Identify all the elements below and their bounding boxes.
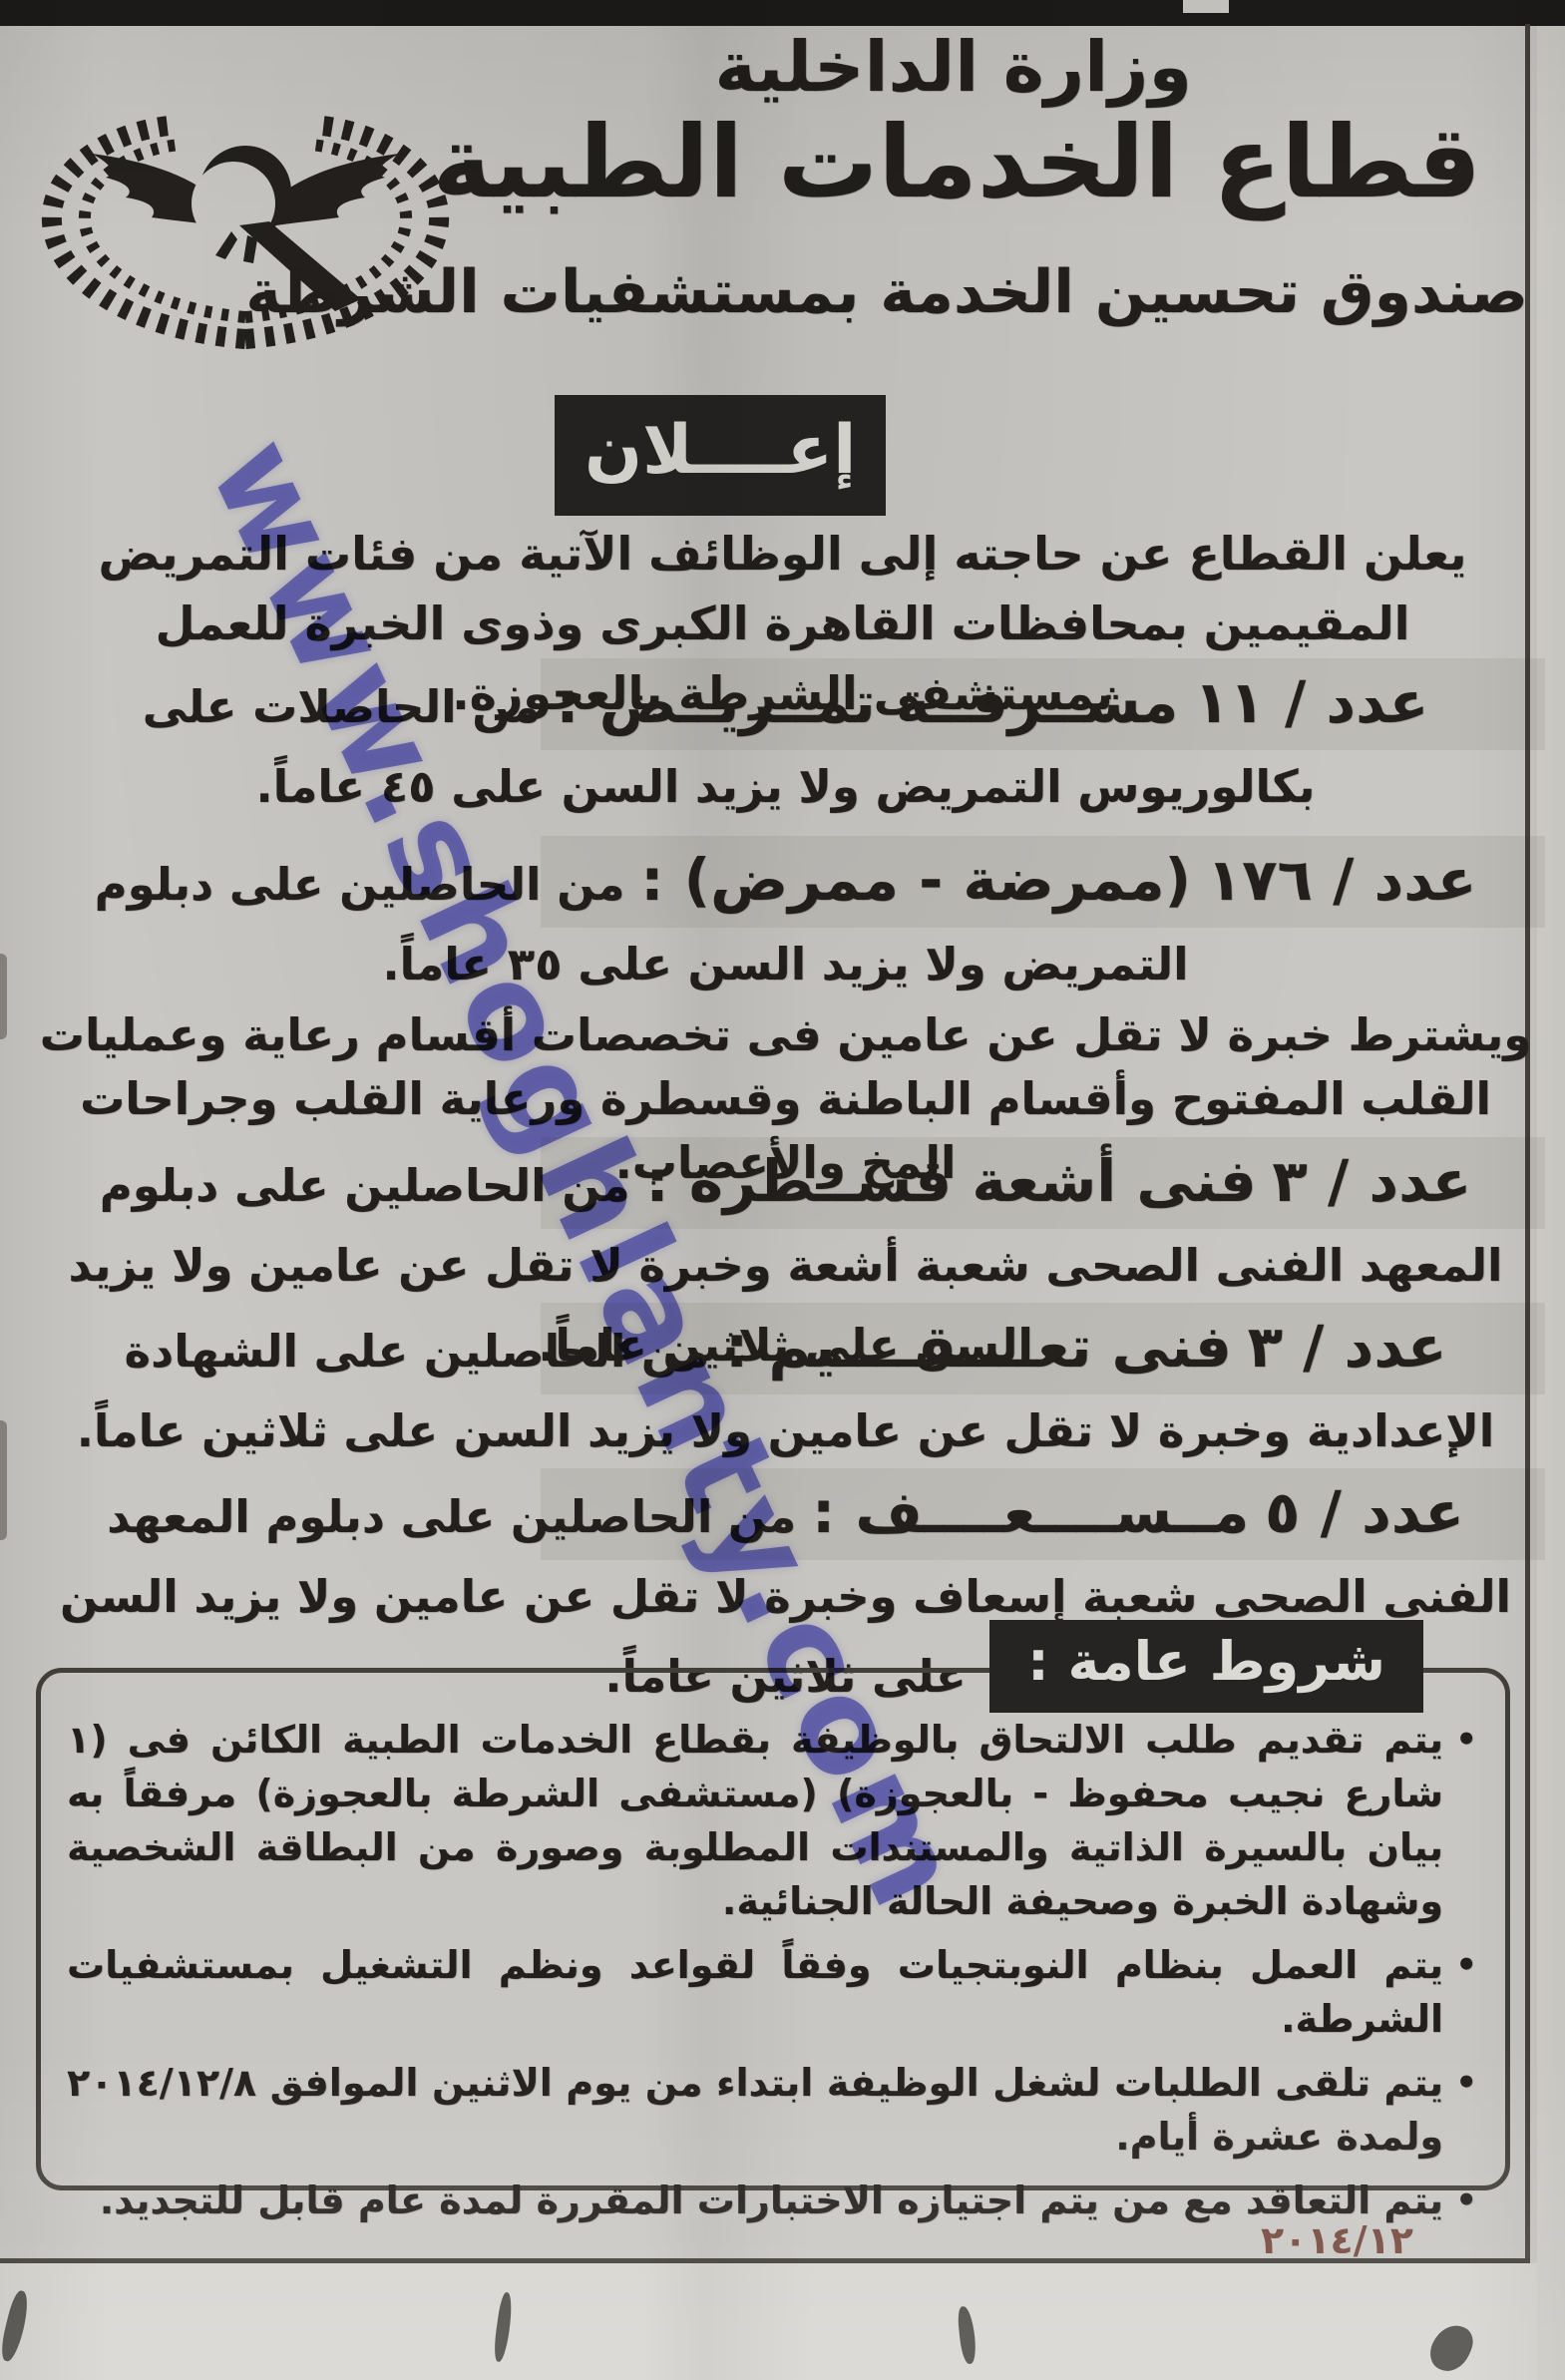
job-count: عدد / ١١	[1194, 668, 1428, 736]
job-item-nursing-supervisor: عدد / ١١ مشــرفــة تمــريــض : من الحاصل…	[36, 662, 1535, 827]
job-count: عدد / ٣	[1272, 1147, 1471, 1215]
scan-artifact	[1183, 0, 1229, 13]
job-title: فنى أشعة قســطرة :	[645, 1147, 1256, 1215]
scan-bottom-edge	[0, 2263, 1537, 2380]
job-title: مــســــعــــف :	[812, 1478, 1249, 1546]
job-count: عدد / ١٧٦	[1207, 846, 1477, 914]
job-title: فنى تعــــقــــيم :	[725, 1313, 1232, 1381]
job-title: (ممرضة - ممرض) :	[640, 846, 1191, 914]
scan-artifact	[0, 954, 7, 1039]
issue-date: ٢٠١٤/١٢	[1261, 2218, 1413, 2262]
job-item-nurse: عدد / ١٧٦ (ممرضة - ممرض) : من الحاصلين ع…	[36, 840, 1535, 1004]
conditions-title-badge: شروط عامة :	[989, 1620, 1423, 1713]
scan-artifact	[0, 1420, 7, 1540]
conditions-list: يتم تقديم طلب الالتحاق بالوظيفة بقطاع ال…	[67, 1713, 1479, 2227]
condition-item: يتم تلقى الطلبات لشغل الوظيفة ابتداء من …	[67, 2056, 1479, 2164]
job-count: عدد / ٣	[1248, 1313, 1447, 1381]
condition-item: يتم العمل بنظام النوبتجيات وفقاً لقواعد …	[67, 1938, 1479, 2046]
newspaper-ad-page: وزارة الداخلية قطاع الخدمات الطبية صندوق…	[0, 0, 1565, 2380]
announcement-badge: إعــــلان	[555, 395, 886, 516]
job-title: مشــرفــة تمــريــض :	[556, 668, 1178, 736]
job-count: عدد / ٥	[1265, 1478, 1464, 1546]
sector-title: قطاع الخدمات الطبية	[432, 104, 1481, 220]
fund-title: صندوق تحسين الخدمة بمستشفيات الشرطة	[245, 257, 1528, 327]
top-border-rule	[0, 0, 1565, 26]
ministry-title: وزارة الداخلية	[714, 26, 1192, 108]
